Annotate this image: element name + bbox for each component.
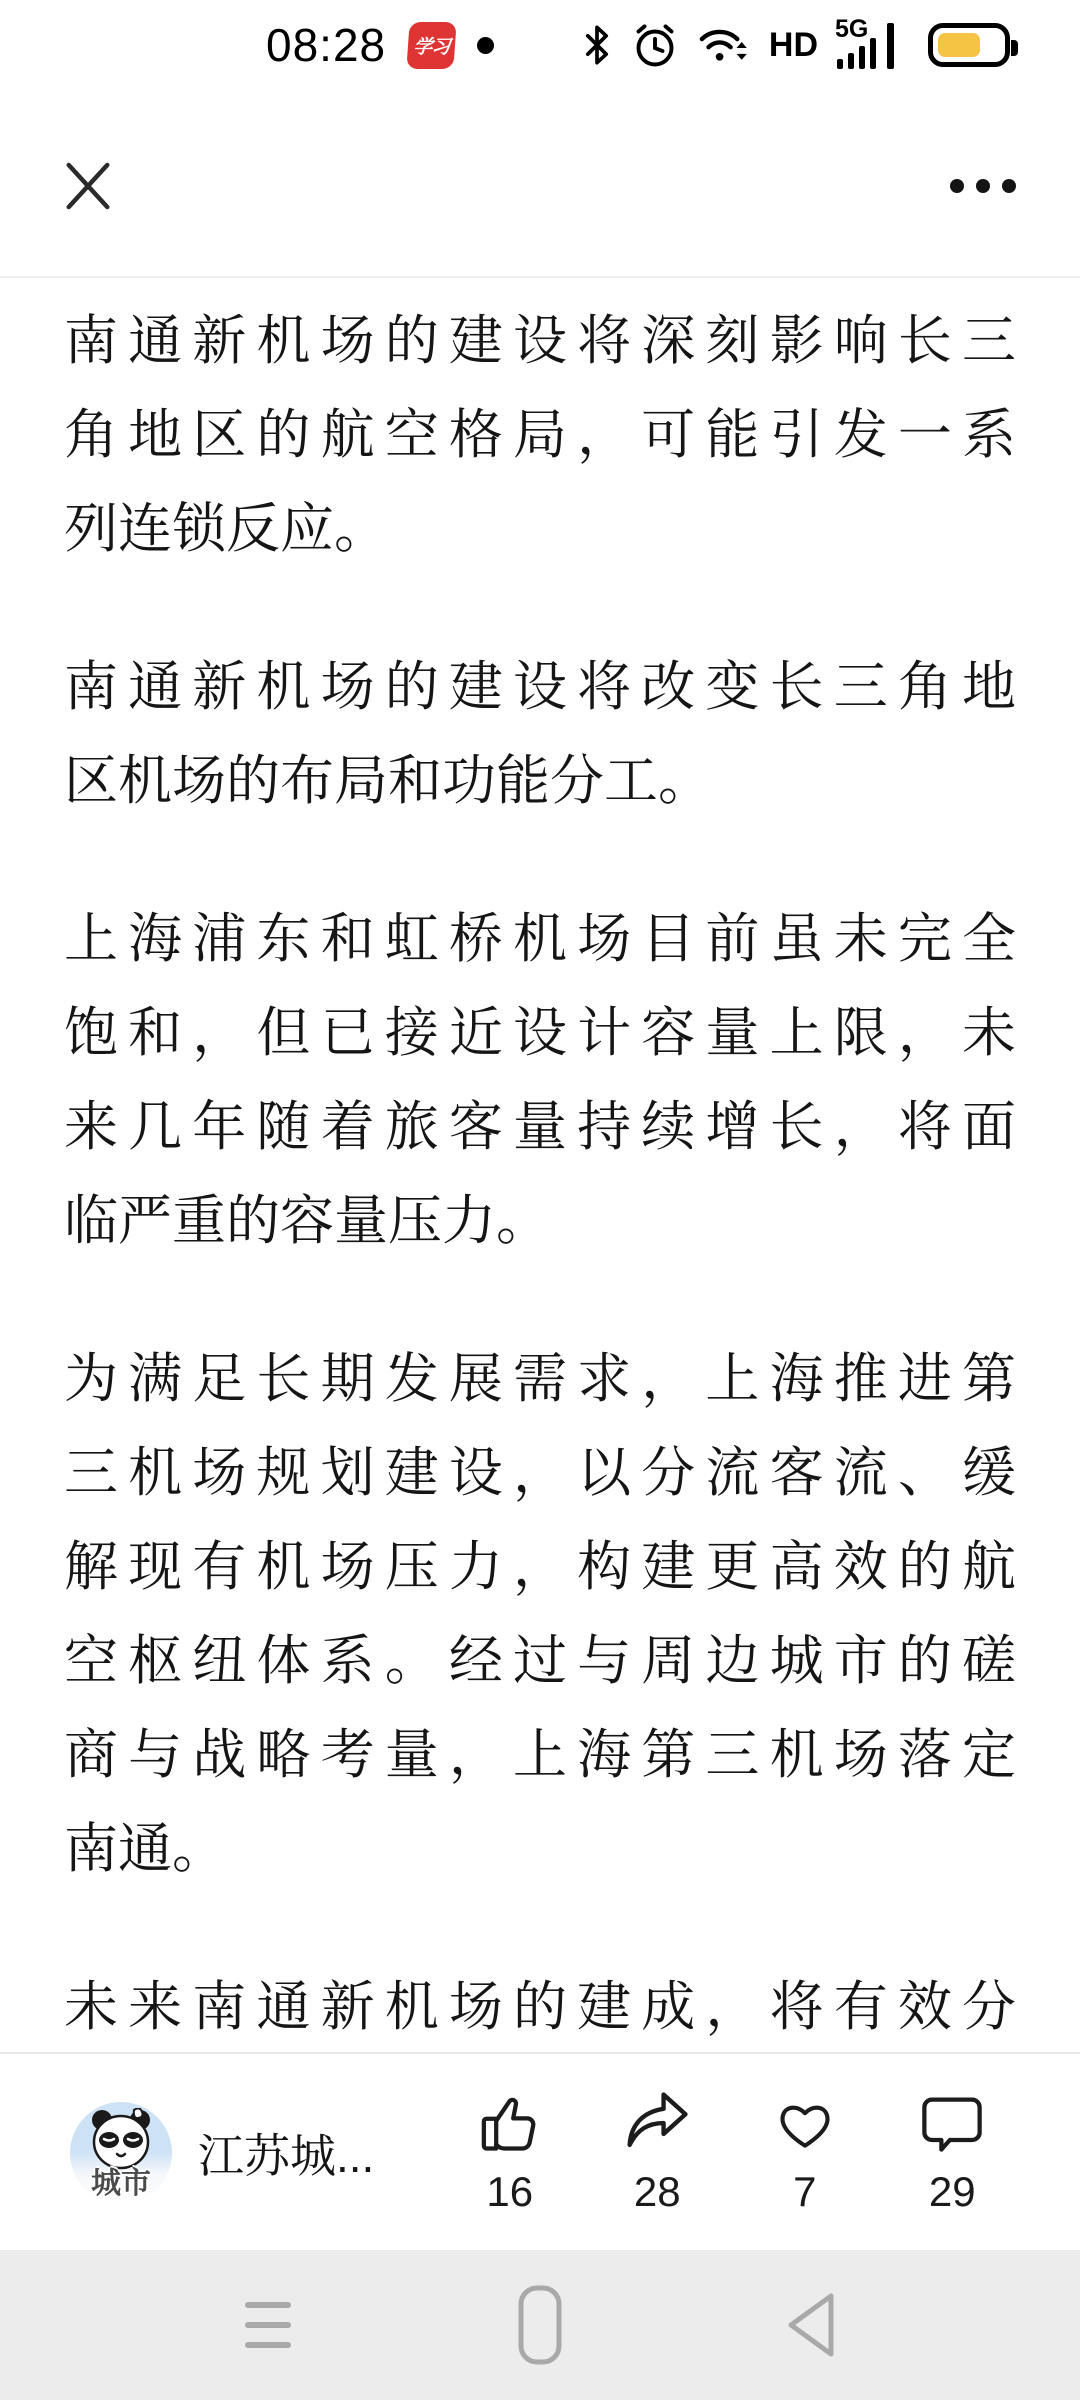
paragraph: 南通新机场的建设将深刻影响长三 角地区的航空格局，可能引发一系 列连锁反应。 <box>64 294 1016 576</box>
panda-avatar: 城市 <box>70 2102 172 2204</box>
more-dots-icon <box>950 179 964 193</box>
article-line: 南通新机场的建设将深刻影响长三 <box>64 294 1016 388</box>
avatar-label: 城市 <box>70 2158 172 2202</box>
action-buttons: 16 28 7 29 <box>436 2054 1026 2252</box>
favorite-button[interactable]: 7 <box>731 2054 879 2252</box>
wifi-icon <box>696 21 752 69</box>
comment-bubble-icon <box>918 2090 986 2156</box>
paragraph: 南通新机场的建设将改变长三角地 区机场的布局和功能分工。 <box>64 640 1016 828</box>
article-line: 角地区的航空格局，可能引发一系 <box>64 388 1016 482</box>
battery-nub <box>1011 40 1018 56</box>
article-line: 空枢纽体系。经过与周边城市的磋 <box>64 1614 1016 1708</box>
article-body: 南通新机场的建设将深刻影响长三 角地区的航空格局，可能引发一系 列连锁反应。 南… <box>0 280 1080 2052</box>
article-line: 未来南通新机场的建成，将有效分 <box>64 1960 1016 2052</box>
alarm-clock-icon <box>631 21 679 69</box>
article-line: 三机场规划建设，以分流客流、缓 <box>64 1426 1016 1520</box>
article-line: 列连锁反应。 <box>64 482 1016 576</box>
bluetooth-icon <box>580 21 614 69</box>
paragraph: 未来南通新机场的建成，将有效分 <box>64 1960 1016 2052</box>
article-line: 饱和，但已接近设计容量上限，未 <box>64 986 1016 1080</box>
article-line: 区机场的布局和功能分工。 <box>64 734 1016 828</box>
like-count: 16 <box>486 2168 533 2216</box>
signal-5g-icon: 5G <box>835 19 911 71</box>
nav-back-button[interactable] <box>779 2280 845 2370</box>
phone-screen: 08:28 学习 <box>0 0 1080 2400</box>
comment-count: 29 <box>929 2168 976 2216</box>
status-right-group: HD 5G <box>580 0 1010 90</box>
article-line: 商与战略考量，上海第三机场落定 <box>64 1708 1016 1802</box>
hd-volte-label: HD <box>769 26 818 65</box>
status-left-group: 08:28 学习 <box>266 0 494 90</box>
share-arrow-icon <box>622 2090 692 2156</box>
article-line: 解现有机场压力，构建更高效的航 <box>64 1520 1016 1614</box>
status-bar: 08:28 学习 <box>0 0 1080 90</box>
share-count: 28 <box>634 2168 681 2216</box>
nav-menu-button[interactable] <box>235 2280 301 2370</box>
nav-home-button[interactable] <box>507 2280 573 2370</box>
article-line: 为满足长期发展需求，上海推进第 <box>64 1332 1016 1426</box>
system-nav-bar <box>0 2250 1080 2400</box>
article-line: 临严重的容量压力。 <box>64 1174 1016 1268</box>
account-name: 江苏城... <box>198 2120 374 2186</box>
account-chip[interactable]: 城市 江苏城... <box>70 2054 374 2252</box>
home-pill-icon <box>515 2282 565 2368</box>
article-line: 南通新机场的建设将改变长三角地 <box>64 640 1016 734</box>
paragraph: 为满足长期发展需求，上海推进第 三机场规划建设，以分流客流、缓 解现有机场压力，… <box>64 1332 1016 1896</box>
like-button[interactable]: 16 <box>436 2054 584 2252</box>
comment-button[interactable]: 29 <box>879 2054 1027 2252</box>
back-triangle-icon <box>781 2286 843 2364</box>
battery-icon <box>928 23 1010 67</box>
paragraph: 上海浦东和虹桥机场目前虽未完全 饱和，但已接近设计容量上限，未 来几年随着旅客量… <box>64 892 1016 1268</box>
article-line: 上海浦东和虹桥机场目前虽未完全 <box>64 892 1016 986</box>
clock-time: 08:28 <box>266 18 386 72</box>
article-line: 南通。 <box>64 1802 1016 1896</box>
menu-lines-icon <box>245 2302 291 2348</box>
close-x-icon <box>60 158 116 214</box>
favorite-count: 7 <box>793 2168 816 2216</box>
share-button[interactable]: 28 <box>584 2054 732 2252</box>
close-button[interactable] <box>56 144 120 228</box>
more-options-button[interactable] <box>942 144 1024 228</box>
article-line: 来几年随着旅客量持续增长，将面 <box>64 1080 1016 1174</box>
thumbs-up-icon <box>476 2090 544 2156</box>
battery-fill <box>938 33 980 57</box>
article-header <box>0 90 1080 278</box>
notification-dot-icon <box>477 37 494 54</box>
xuexi-app-badge-icon: 学习 <box>406 22 456 69</box>
engagement-bar: 城市 江苏城... 16 28 7 <box>0 2052 1080 2250</box>
heart-icon <box>772 2090 838 2156</box>
